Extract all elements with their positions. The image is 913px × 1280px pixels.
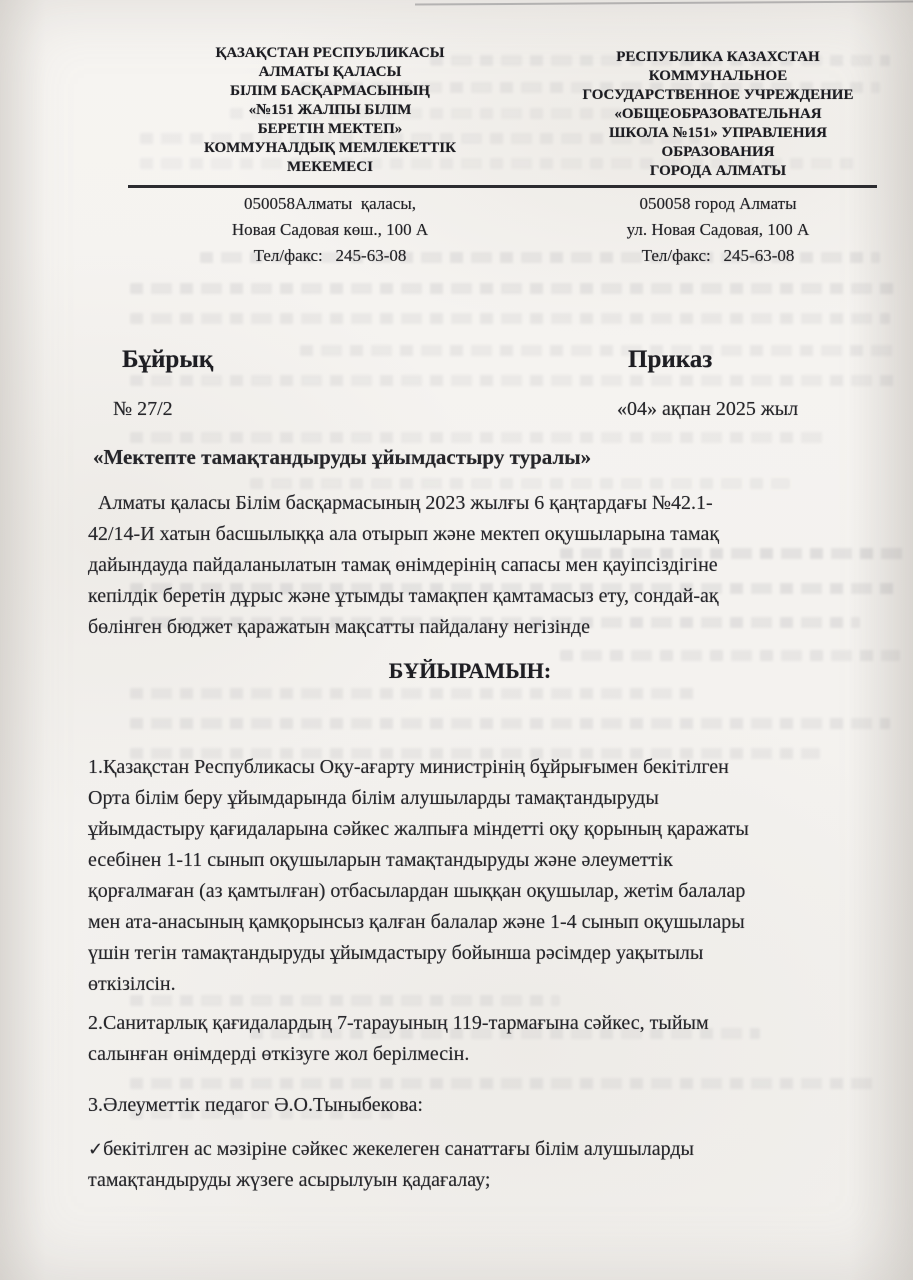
bleedthrough-line bbox=[130, 283, 900, 294]
bleedthrough-line bbox=[130, 718, 890, 729]
checkmark-icon: ✓ bbox=[88, 1139, 103, 1160]
order-subitem-text: бекітілген ас мәзіріне сәйкес жекелеген … bbox=[88, 1138, 694, 1191]
order-number: № 27/2 bbox=[113, 398, 173, 421]
letterhead-kazakh: ҚАЗАҚСТАН РЕСПУБЛИКАСЫ АЛМАТЫ ҚАЛАСЫ БІЛ… bbox=[130, 44, 530, 177]
scanned-order-document: ҚАЗАҚСТАН РЕСПУБЛИКАСЫ АЛМАТЫ ҚАЛАСЫ БІЛ… bbox=[0, 0, 913, 1280]
bleedthrough-line bbox=[130, 1078, 880, 1089]
order-title-kazakh: Бұйрық bbox=[122, 346, 213, 374]
letterhead-divider bbox=[128, 185, 877, 188]
order-preamble: Алматы қаласы Білім басқармасының 2023 ж… bbox=[88, 488, 888, 643]
bleedthrough-line bbox=[130, 688, 700, 699]
order-item-3: 3.Әлеуметтік педагог Ә.О.Тыныбекова: bbox=[88, 1090, 888, 1121]
address-kazakh: 050058Алматы қаласы, Новая Садовая көш.,… bbox=[130, 191, 530, 269]
order-resolve-word: БҰЙЫРАМЫН: bbox=[80, 658, 860, 684]
order-subitem-1: ✓бекітілген ас мәзіріне сәйкес жекелеген… bbox=[88, 1134, 888, 1196]
bleedthrough-line bbox=[300, 345, 900, 356]
bleedthrough-line bbox=[130, 313, 890, 324]
order-title-russian: Приказ bbox=[628, 346, 712, 374]
order-item-2: 2.Санитарлық қағидалардың 7-тарауының 11… bbox=[88, 1008, 888, 1070]
letterhead-russian: РЕСПУБЛИКА КАЗАХСТАН КОММУНАЛЬНОЕ ГОСУДА… bbox=[530, 48, 906, 181]
address-russian: 050058 город Алматы ул. Новая Садовая, 1… bbox=[530, 191, 906, 269]
order-date: «04» ақпан 2025 жыл bbox=[617, 398, 798, 421]
bleedthrough-line bbox=[130, 375, 900, 386]
bleedthrough-line bbox=[130, 432, 830, 443]
scan-artifact-line bbox=[415, 0, 913, 5]
order-subject: «Мектепте тамақтандыруды ұйымдастыру тур… bbox=[93, 445, 893, 470]
order-item-1: 1.Қазақстан Республикасы Оқу-ағарту мини… bbox=[88, 752, 888, 1000]
